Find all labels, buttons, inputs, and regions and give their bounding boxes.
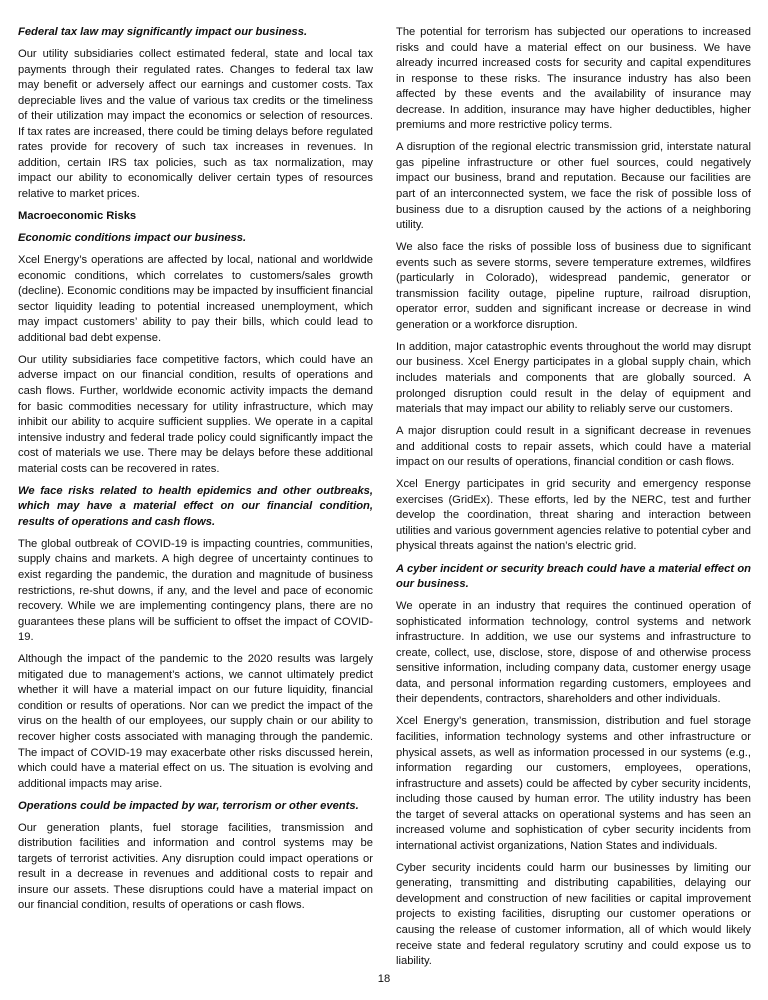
heading-federal-tax-law: Federal tax law may significantly impact… (18, 25, 373, 41)
paragraph: Cyber security incidents could harm our … (396, 861, 751, 970)
paragraph: The global outbreak of COVID-19 is impac… (18, 537, 373, 646)
paragraph: Our generation plants, fuel storage faci… (18, 821, 373, 914)
paragraph: Xcel Energy’s operations are affected by… (18, 253, 373, 346)
paragraph: We operate in an industry that requires … (396, 599, 751, 708)
paragraph: Our utility subsidiaries collect estimat… (18, 47, 373, 202)
heading-health-epidemics: We face risks related to health epidemic… (18, 484, 373, 531)
heading-war-terrorism: Operations could be impacted by war, ter… (18, 799, 373, 815)
paragraph: Xcel Energy’s generation, transmission, … (396, 714, 751, 854)
paragraph: The potential for terrorism has subjecte… (396, 25, 751, 134)
heading-economic-conditions: Economic conditions impact our business. (18, 231, 373, 247)
page-number: 18 (0, 973, 768, 985)
paragraph: Xcel Energy participates in grid securit… (396, 477, 751, 555)
left-column: Federal tax law may significantly impact… (18, 25, 373, 920)
heading-cyber-incident: A cyber incident or security breach coul… (396, 562, 751, 593)
paragraph: In addition, major catastrophic events t… (396, 340, 751, 418)
paragraph: Our utility subsidiaries face competitiv… (18, 353, 373, 477)
section-heading-macroeconomic-risks: Macroeconomic Risks (18, 209, 373, 225)
right-column: The potential for terrorism has subjecte… (396, 25, 751, 976)
paragraph: A disruption of the regional electric tr… (396, 140, 751, 233)
paragraph: We also face the risks of possible loss … (396, 240, 751, 333)
paragraph: A major disruption could result in a sig… (396, 424, 751, 471)
paragraph: Although the impact of the pandemic to t… (18, 652, 373, 792)
